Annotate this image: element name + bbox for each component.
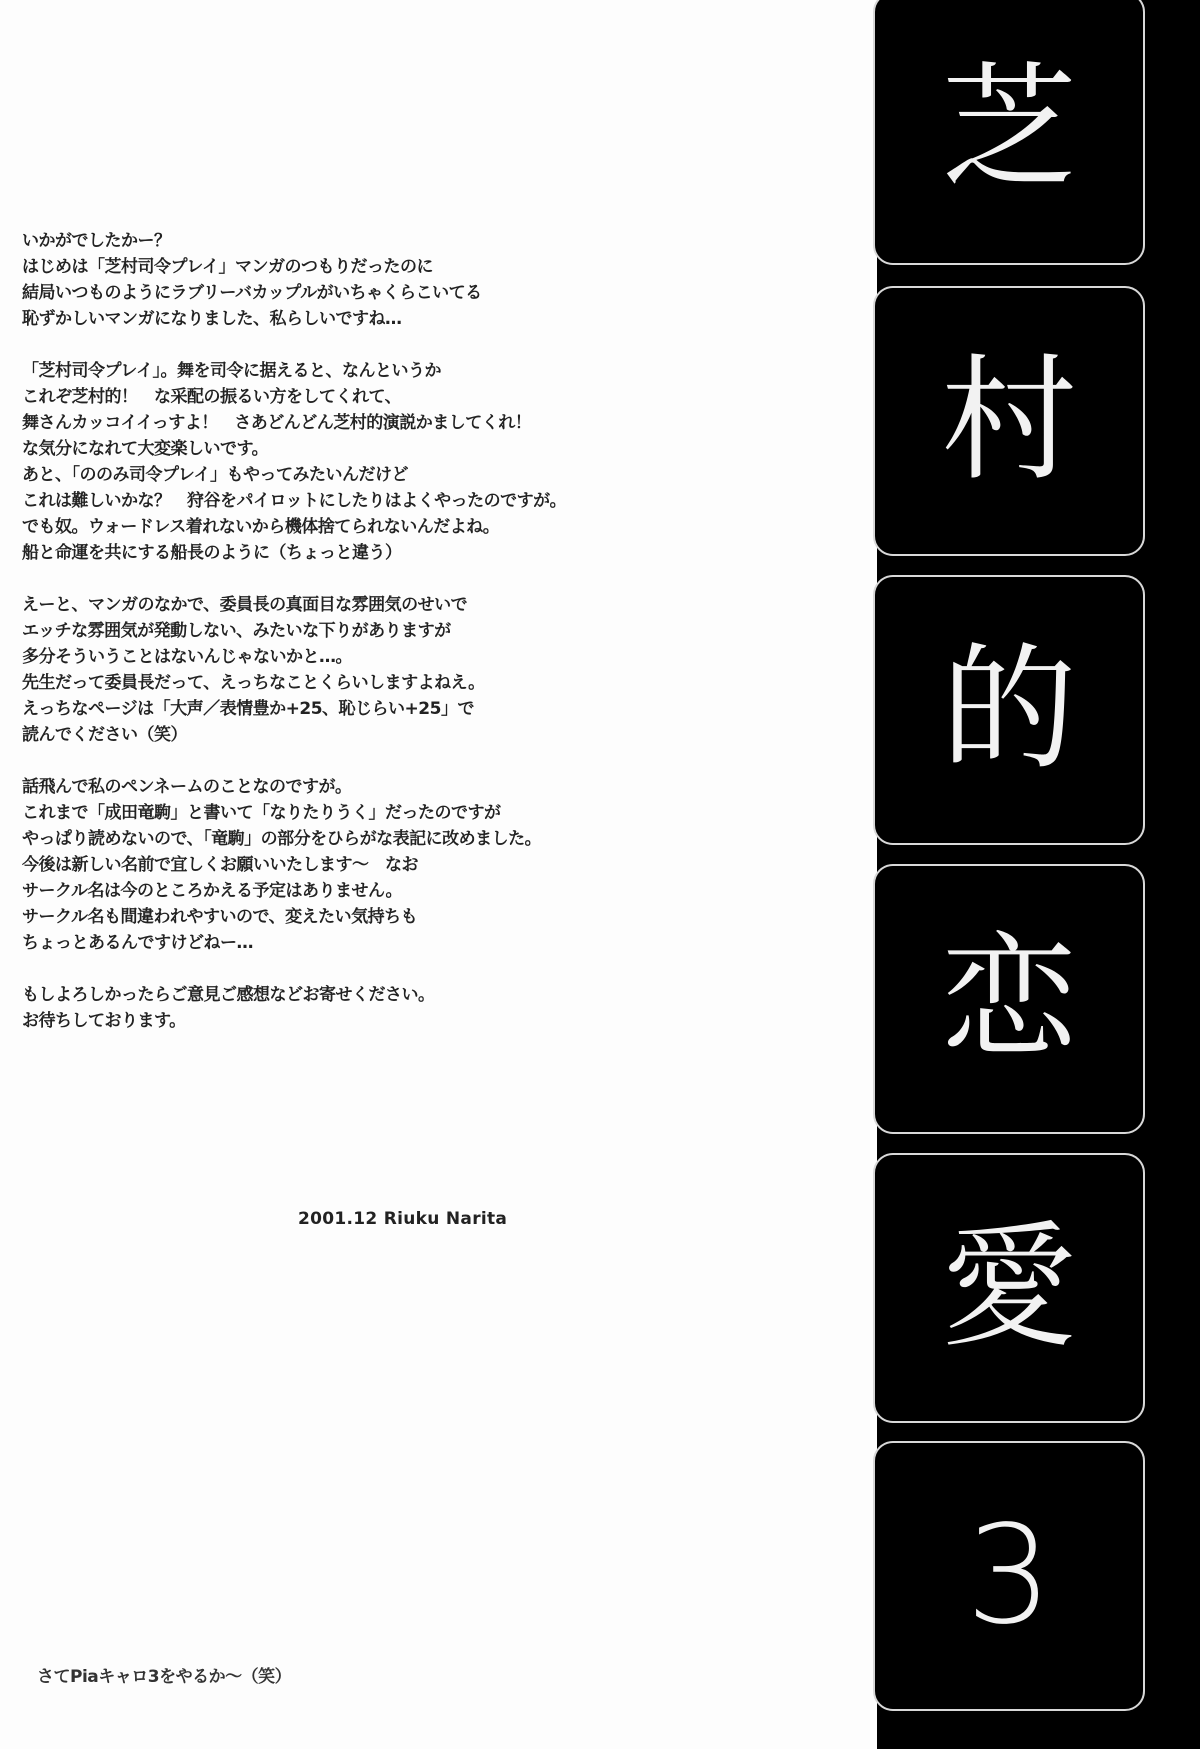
text-line: あと、「ののみ司令プレイ」もやってみたいんだけど xyxy=(22,462,662,488)
afterword-text: いかがでしたかー？ はじめは「芝村司令プレイ」マンガのつもりだったのに 結局いつ… xyxy=(22,228,662,1060)
title-char: 愛 xyxy=(941,1220,1077,1356)
text-line: 読んでください（笑） xyxy=(22,722,662,748)
text-line: ちょっとあるんですけどねー… xyxy=(22,930,662,956)
text-line: 話飛んで私のペンネームのことなのですが。 xyxy=(22,774,662,800)
afterword-page: いかがでしたかー？ はじめは「芝村司令プレイ」マンガのつもりだったのに 結局いつ… xyxy=(0,0,877,1749)
title-char: 3 xyxy=(966,1508,1053,1644)
text-line: 先生だって委員長だって、えっちなことくらいしますよねえ。 xyxy=(22,670,662,696)
paragraph-3: えーと、マンガのなかで、委員長の真面目な雰囲気のせいで エッチな雰囲気が発動しな… xyxy=(22,592,662,748)
paragraph-5: もしよろしかったらご意見ご感想などお寄せください。 お待ちしております。 xyxy=(22,982,662,1034)
title-box-1: 芝 xyxy=(873,0,1145,265)
text-line: これは難しいかな？ 狩谷をパイロットにしたりはよくやったのですが。 xyxy=(22,488,662,514)
text-line: やっぱり読めないので、「竜駒」の部分をひらがな表記に改めました。 xyxy=(22,826,662,852)
title-box-4: 恋 xyxy=(873,864,1145,1134)
text-line: 船と命運を共にする船長のように（ちょっと違う） xyxy=(22,540,662,566)
paragraph-2: 「芝村司令プレイ」。舞を司令に据えると、なんというか これぞ芝村的！ な采配の振… xyxy=(22,358,662,566)
text-line: 多分そういうことはないんじゃないかと…。 xyxy=(22,644,662,670)
title-char: 恋 xyxy=(941,931,1077,1067)
title-box-5: 愛 xyxy=(873,1153,1145,1423)
text-line: 舞さんカッコイイっすよ！ さあどんどん芝村的演説かましてくれ！ xyxy=(22,410,662,436)
signature-date-author: 2001.12 Riuku Narita xyxy=(298,1209,507,1229)
text-line: エッチな雰囲気が発動しない、みたいな下りがありますが xyxy=(22,618,662,644)
title-box-2: 村 xyxy=(873,286,1145,556)
text-line: お待ちしております。 xyxy=(22,1008,662,1034)
title-box-6: 3 xyxy=(873,1441,1145,1711)
text-line: な気分になれて大変楽しいです。 xyxy=(22,436,662,462)
text-line: サークル名も間違われやすいので、変えたい気持ちも xyxy=(22,904,662,930)
text-line: いかがでしたかー？ xyxy=(22,228,662,254)
footnote: さてPiaキャロ3をやるか～（笑） xyxy=(37,1662,291,1687)
title-char: 的 xyxy=(941,642,1077,778)
text-line: 今後は新しい名前で宜しくお願いいたします～ なお xyxy=(22,852,662,878)
text-line: 「芝村司令プレイ」。舞を司令に据えると、なんというか xyxy=(22,358,662,384)
text-line: でも奴。ウォードレス着れないから機体捨てられないんだよね。 xyxy=(22,514,662,540)
text-line: 恥ずかしいマンガになりました、私らしいですね… xyxy=(22,306,662,332)
paragraph-1: いかがでしたかー？ はじめは「芝村司令プレイ」マンガのつもりだったのに 結局いつ… xyxy=(22,228,662,332)
text-line: えっちなページは「大声／表情豊か+25、恥じらい+25」で xyxy=(22,696,662,722)
title-char: 芝 xyxy=(941,61,1077,197)
title-box-3: 的 xyxy=(873,575,1145,845)
paragraph-4: 話飛んで私のペンネームのことなのですが。 これまで「成田竜駒」と書いて「なりたり… xyxy=(22,774,662,956)
text-line: これぞ芝村的！ な采配の振るい方をしてくれて、 xyxy=(22,384,662,410)
text-line: はじめは「芝村司令プレイ」マンガのつもりだったのに xyxy=(22,254,662,280)
text-line: えーと、マンガのなかで、委員長の真面目な雰囲気のせいで xyxy=(22,592,662,618)
title-spine: 芝 村 的 恋 愛 3 xyxy=(877,0,1200,1749)
title-char: 村 xyxy=(941,353,1077,489)
text-line: これまで「成田竜駒」と書いて「なりたりうく」だったのですが xyxy=(22,800,662,826)
text-line: サークル名は今のところかえる予定はありません。 xyxy=(22,878,662,904)
text-line: もしよろしかったらご意見ご感想などお寄せください。 xyxy=(22,982,662,1008)
text-line: 結局いつものようにラブリーバカップルがいちゃくらこいてる xyxy=(22,280,662,306)
